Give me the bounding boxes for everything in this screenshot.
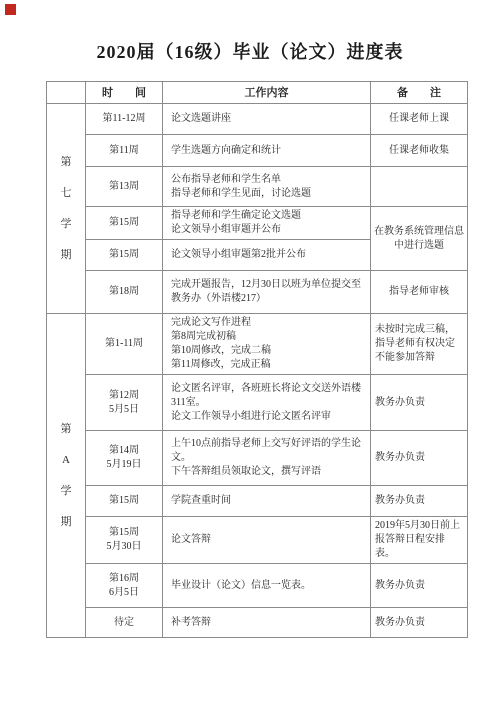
remark-cell: 教务办负责 <box>371 608 468 638</box>
header-remark-cell: 备 注 <box>371 82 468 104</box>
table-row: 第16周 6月5日 毕业设计（论文）信息一览表。 教务办负责 <box>47 564 468 608</box>
time-cell: 第18周 <box>86 271 163 314</box>
remark-cell: 教务办负责 <box>371 486 468 517</box>
header-content-cell: 工作内容 <box>163 82 371 104</box>
content-cell: 完成开题报告，12月30日以班为单位提交至教务办（外语楼217） <box>163 271 371 314</box>
content-cell: 补考答辩 <box>163 608 371 638</box>
table-row: 第11周 学生选题方向确定和统计 任课老师收集 <box>47 135 468 167</box>
content-cell: 完成论文写作进程 第8周完成初稿 第10周修改，完成二稿 第11周修改，完成正稿 <box>163 314 371 375</box>
remark-cell: 任课老师收集 <box>371 135 468 167</box>
content-cell: 指导老师和学生确定论文选题 论文领导小组审题并公布 <box>163 207 371 240</box>
time-cell: 第15周 <box>86 240 163 271</box>
remark-cell: 任课老师上课 <box>371 104 468 135</box>
time-cell: 待定 <box>86 608 163 638</box>
table-row: 待定 补考答辩 教务办负责 <box>47 608 468 638</box>
time-cell: 第11-12周 <box>86 104 163 135</box>
header-section-cell <box>47 82 86 104</box>
content-cell: 上午10点前指导老师上交写好评语的学生论文。 下午答辩组员领取论文，撰写评语 <box>163 431 371 486</box>
table-row: 第15周 指导老师和学生确定论文选题 论文领导小组审题并公布 在教务系统管理信息… <box>47 207 468 240</box>
content-cell: 公布指导老师和学生名单 指导老师和学生见面，讨论选题 <box>163 167 371 207</box>
time-cell: 第1-11周 <box>86 314 163 375</box>
content-cell: 学生选题方向确定和统计 <box>163 135 371 167</box>
page-title: 2020届（16级）毕业（论文）进度表 <box>0 38 500 64</box>
time-cell: 第16周 6月5日 <box>86 564 163 608</box>
table-row: 第15周 学院查重时间 教务办负责 <box>47 486 468 517</box>
section-label-semester7: 第 七 学 期 <box>47 104 86 314</box>
table-row: 第 A 学 期 第1-11周 完成论文写作进程 第8周完成初稿 第10周修改，完… <box>47 314 468 375</box>
time-cell: 第12周 5月5日 <box>86 375 163 431</box>
table-row: 第13周 公布指导老师和学生名单 指导老师和学生见面，讨论选题 <box>47 167 468 207</box>
remark-cell: 教务办负责 <box>371 375 468 431</box>
section-label-semester8: 第 A 学 期 <box>47 314 86 638</box>
table-row: 第12周 5月5日 论文匿名评审，各班班长将论文交送外语楼311室。 论文工作领… <box>47 375 468 431</box>
document-page: 2020届（16级）毕业（论文）进度表 时 间 工作内容 备 注 第 七 学 期… <box>0 0 500 707</box>
vertical-label: 第 A 学 期 <box>48 422 84 529</box>
table-row: 第14周 5月19日 上午10点前指导老师上交写好评语的学生论文。 下午答辩组员… <box>47 431 468 486</box>
remark-cell: 教务办负责 <box>371 564 468 608</box>
table-header-row: 时 间 工作内容 备 注 <box>47 82 468 104</box>
time-cell: 第11周 <box>86 135 163 167</box>
content-cell: 论文领导小组审题第2批并公布 <box>163 240 371 271</box>
time-cell: 第15周 <box>86 207 163 240</box>
vertical-label: 第 七 学 期 <box>48 155 84 262</box>
time-cell: 第15周 <box>86 486 163 517</box>
remark-cell: 未按时完成三稿，指导老师有权决定不能参加答辩 <box>371 314 468 375</box>
red-corner-mark <box>5 4 16 15</box>
remark-cell: 指导老师审核 <box>371 271 468 314</box>
remark-cell: 2019年5月30日前上报答辩日程安排表。 <box>371 517 468 564</box>
remark-cell-empty <box>371 167 468 207</box>
remark-cell: 教务办负责 <box>371 431 468 486</box>
schedule-table: 时 间 工作内容 备 注 第 七 学 期 第11-12周 论文选题讲座 任课老师… <box>46 81 468 638</box>
content-cell: 论文选题讲座 <box>163 104 371 135</box>
header-time-cell: 时 间 <box>86 82 163 104</box>
time-cell: 第14周 5月19日 <box>86 431 163 486</box>
table-row: 第15周 5月30日 论文答辩 2019年5月30日前上报答辩日程安排表。 <box>47 517 468 564</box>
content-cell: 论文匿名评审，各班班长将论文交送外语楼311室。 论文工作领导小组进行论文匿名评… <box>163 375 371 431</box>
content-cell: 学院查重时间 <box>163 486 371 517</box>
table-row: 第 七 学 期 第11-12周 论文选题讲座 任课老师上课 <box>47 104 468 135</box>
content-cell: 毕业设计（论文）信息一览表。 <box>163 564 371 608</box>
time-cell: 第13周 <box>86 167 163 207</box>
content-cell: 论文答辩 <box>163 517 371 564</box>
remark-cell-merged: 在教务系统管理信息中进行选题 <box>371 207 468 271</box>
table-row: 第18周 完成开题报告，12月30日以班为单位提交至教务办（外语楼217） 指导… <box>47 271 468 314</box>
time-cell: 第15周 5月30日 <box>86 517 163 564</box>
